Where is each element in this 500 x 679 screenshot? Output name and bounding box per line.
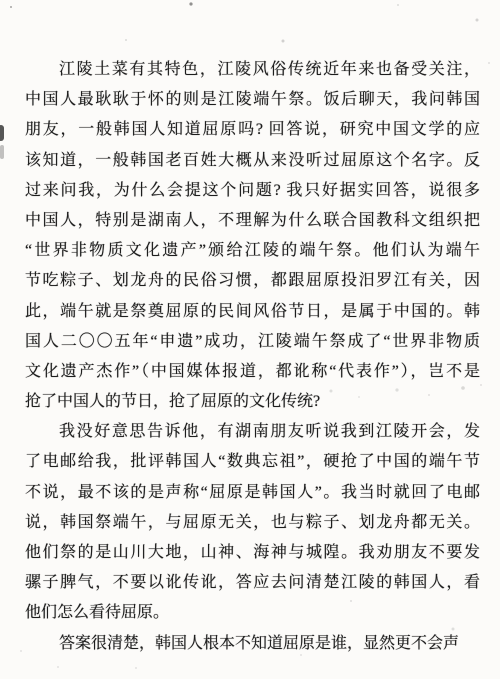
text-line: 答案很清楚，韩国人根本不知道屈原是谁，显然更不会声 bbox=[25, 629, 480, 659]
text-line: 骡子脾气，不要以讹传讹，答应去问清楚江陵的韩国人，看 bbox=[25, 568, 480, 598]
text-line: 抢了中国人的节日，抢了屈原的文化传统? bbox=[25, 387, 480, 417]
scan-noise-specks bbox=[0, 0, 2, 2]
text-line: 江陵土菜有其特色，江陵风俗传统近年来也备受关注， bbox=[25, 55, 480, 85]
text-line: 他们怎么看待屈原。 bbox=[25, 598, 480, 628]
text-line: 朋友，一般韩国人知道屈原吗? 回答说，研究中国文学的应 bbox=[25, 115, 480, 145]
page-text: 江陵土菜有其特色，江陵风俗传统近年来也备受关注，中国人最耿耿于怀的则是江陵端午祭… bbox=[25, 55, 480, 659]
scanned-page: 江陵土菜有其特色，江陵风俗传统近年来也备受关注，中国人最耿耿于怀的则是江陵端午祭… bbox=[0, 0, 500, 679]
text-line: “世界非物质文化遗产”颁给江陵的端午祭。他们认为端午 bbox=[25, 236, 480, 266]
text-line: 中国人，特别是湖南人，不理解为什么联合国教科文组织把 bbox=[25, 206, 480, 236]
scan-edge-artifact bbox=[0, 125, 4, 141]
text-line: 国人二〇〇五年“申遗”成功，江陵端午祭成了“世界非物质 bbox=[25, 327, 480, 357]
text-line: 说，韩国祭端午，与屈原无关，也与粽子、划龙舟都无关。 bbox=[25, 508, 480, 538]
text-line: 文化遗产杰作”（中国媒体报道，都讹称“代表作”），岂不是 bbox=[25, 357, 480, 387]
text-line: 中国人最耿耿于怀的则是江陵端午祭。饭后聊天，我问韩国 bbox=[25, 85, 480, 115]
text-line: 我没好意思告诉他，有湖南朋友听说我到江陵开会，发 bbox=[25, 417, 480, 447]
text-line: 他们祭的是山川大地，山神、海神与城隍。我劝朋友不要发 bbox=[25, 538, 480, 568]
text-line: 该知道，一般韩国老百姓大概从来没听过屈原这个名字。反 bbox=[25, 146, 480, 176]
text-line: 过来问我，为什么会提这个问题? 我只好据实回答，说很多 bbox=[25, 176, 480, 206]
text-line: 此，端午就是祭奠屈原的民间风俗节日，是属于中国的。韩 bbox=[25, 297, 480, 327]
text-line: 不说，最不该的是声称“屈原是韩国人”。我当时就回了电邮 bbox=[25, 478, 480, 508]
text-line: 了电邮给我，批评韩国人“数典忘祖”，硬抢了中国的端午节 bbox=[25, 447, 480, 477]
text-line: 节吃粽子、划龙舟的民俗习惯，都跟屈原投汨罗江有关，因 bbox=[25, 266, 480, 296]
